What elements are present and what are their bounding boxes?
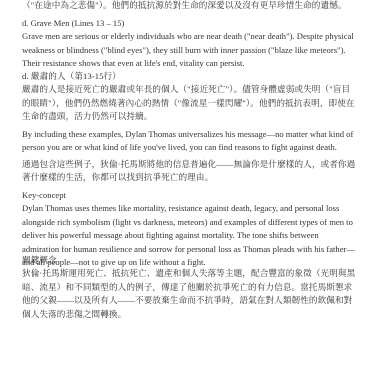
- section-d-zh: d. 嚴肅的人（第13-15行） 嚴肅的人是接近死亡的嚴肅或年長的個人（"接近死…: [22, 70, 358, 124]
- section-d-en-body: Grave men are serious or elderly individ…: [22, 30, 358, 70]
- key-concept-zh: 關鍵概念 狄倫·托馬斯運用死亡、抵抗死亡、遺產和個人失落等主題，配合豐富的象徵（…: [22, 254, 358, 321]
- section-d-zh-heading: d. 嚴肅的人（第13-15行）: [22, 70, 358, 83]
- section-d-en-heading: d. Grave Men (Lines 13 – 15): [22, 17, 358, 30]
- universal-message-zh: 通過包含這些例子，狄倫·托馬斯將他的信息普遍化——無論你是什麼樣的人，或者你過著…: [22, 158, 358, 185]
- key-concept-zh-body: 狄倫·托馬斯運用死亡、抵抗死亡、遺產和個人失落等主題，配合豐富的象徵（光明與黑暗…: [22, 267, 358, 321]
- key-concept-en-heading: Key-concept: [22, 189, 358, 202]
- section-d-zh-body: 嚴肅的人是接近死亡的嚴肅或年長的個人（"接近死亡"）。儘管身體虛弱或失明（"盲目…: [22, 83, 358, 123]
- intro-tail-zh: （"在途中為之悲傷"）。他們的抵抗源於對生命的深愛以及沒有更早珍惜生命的遺憾。: [22, 0, 362, 12]
- section-d-en: d. Grave Men (Lines 13 – 15) Grave men a…: [22, 17, 358, 71]
- universal-message-en: By including these examples, Dylan Thoma…: [22, 128, 358, 155]
- key-concept-zh-heading: 關鍵概念: [22, 254, 358, 267]
